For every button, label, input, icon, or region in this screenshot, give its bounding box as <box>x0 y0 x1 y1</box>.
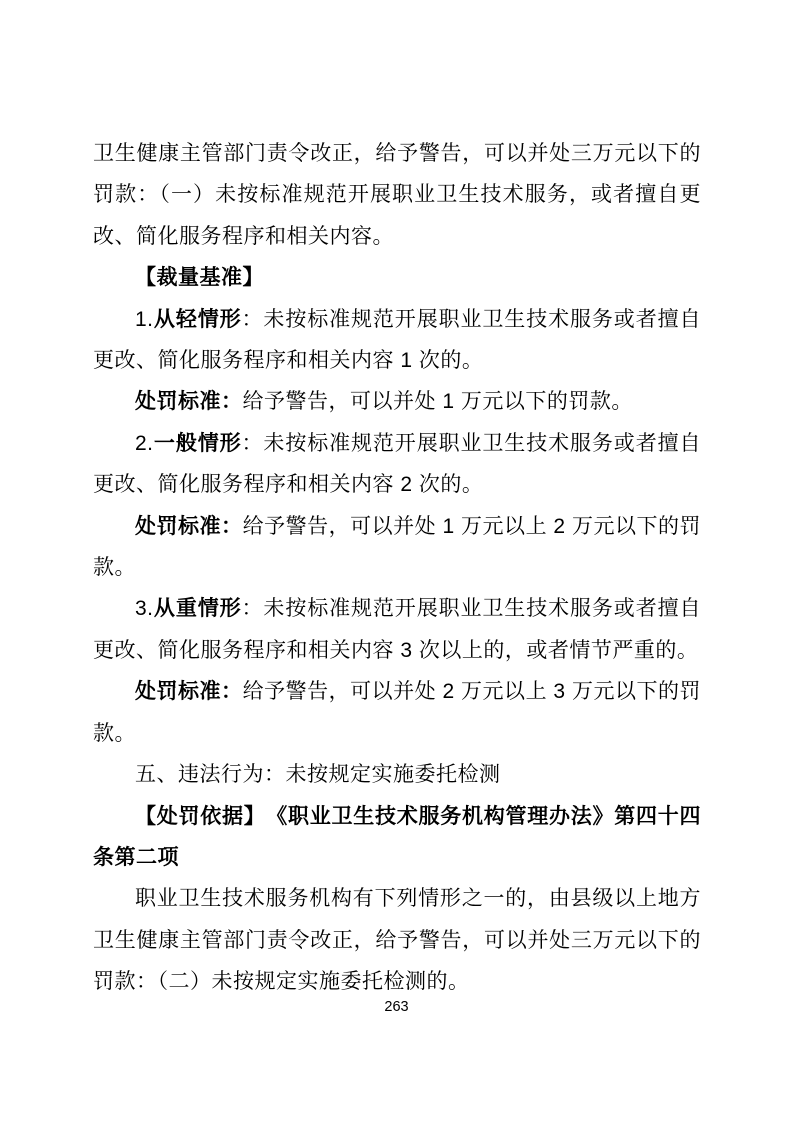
paragraph: 处罚标准：给予警告，可以并处 1 万元以下的罚款。 <box>93 381 701 422</box>
text-run: 2. <box>135 432 154 455</box>
text-run: 处罚标准： <box>135 515 243 538</box>
paragraph: 处罚标准：给予警告，可以并处 1 万元以上 2 万元以下的罚款。 <box>93 506 701 589</box>
text-run: 卫生健康主管部门责令改正，给予警告，可以并处三万元以下的罚款：（一）未按标准规范… <box>93 142 701 248</box>
text-run: 处罚标准： <box>135 390 243 413</box>
paragraph: 3.从重情形：未按标准规范开展职业卫生技术服务或者擅自更改、简化服务程序和相关内… <box>93 588 701 671</box>
text-run: 给予警告，可以并处 1 万元以下的罚款。 <box>243 390 633 413</box>
text-run: 从重情形 <box>154 597 242 620</box>
text-run: 从轻情形 <box>154 308 242 331</box>
text-run: 职业卫生技术服务机构有下列情形之一的，由县级以上地方卫生健康主管部门责令改正，给… <box>93 887 701 993</box>
text-run: 【处罚依据】 《职业卫生技术服务机构管理办法》第四十四条第二项 <box>93 805 701 869</box>
text-run: 处罚标准： <box>135 680 243 703</box>
paragraph: 【裁量基准】 <box>93 257 701 298</box>
paragraph: 1.从轻情形：未按标准规范开展职业卫生技术服务或者擅自更改、简化服务程序和相关内… <box>93 299 701 382</box>
paragraph: 【处罚依据】 《职业卫生技术服务机构管理办法》第四十四条第二项 <box>93 796 701 879</box>
paragraph: 五、违法行为：未按规定实施委托检测 <box>93 754 701 795</box>
paragraph: 职业卫生技术服务机构有下列情形之一的，由县级以上地方卫生健康主管部门责令改正，给… <box>93 878 701 1002</box>
text-run: 1. <box>135 308 154 331</box>
paragraph: 处罚标准：给予警告，可以并处 2 万元以上 3 万元以下的罚款。 <box>93 671 701 754</box>
document-body: 卫生健康主管部门责令改正，给予警告，可以并处三万元以下的罚款：（一）未按标准规范… <box>93 133 701 1003</box>
text-run: 一般情形 <box>154 432 242 455</box>
document-page: 卫生健康主管部门责令改正，给予警告，可以并处三万元以下的罚款：（一）未按标准规范… <box>0 0 793 1122</box>
paragraph: 2.一般情形：未按标准规范开展职业卫生技术服务或者擅自更改、简化服务程序和相关内… <box>93 423 701 506</box>
paragraph: 卫生健康主管部门责令改正，给予警告，可以并处三万元以下的罚款：（一）未按标准规范… <box>93 133 701 257</box>
text-run: 3. <box>135 597 154 620</box>
text-run: 【裁量基准】 <box>135 266 264 289</box>
page-number: 263 <box>0 999 793 1015</box>
text-run: 五、违法行为：未按规定实施委托检测 <box>135 763 501 786</box>
